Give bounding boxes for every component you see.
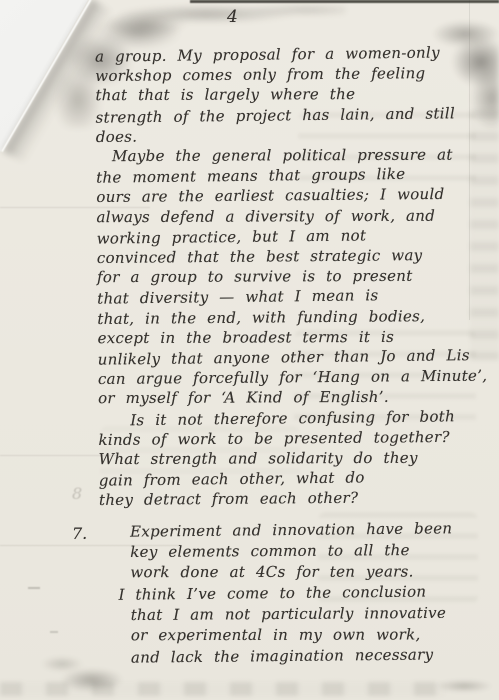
photocopy-smudge-bottom-right <box>424 676 499 696</box>
handwritten-line: and lack the imagination necessary <box>131 644 491 669</box>
folded-corner-background <box>0 0 100 160</box>
handwritten-line: Experiment and innovation have been <box>130 518 490 543</box>
handwritten-line: or myself for ‘A Kind of English’. <box>98 387 490 409</box>
handwritten-line: or experimental in my own work, <box>131 624 491 646</box>
handwritten-line: that I am not particularly innovative <box>131 602 491 626</box>
photocopy-smudge-bottom-band <box>0 682 445 696</box>
handwritten-line: that, in the end, with funding bodies, <box>97 305 489 329</box>
handwritten-line: ours are the earliest casualties; I woul… <box>96 184 488 208</box>
handwritten-line: Is it not therefore confusing for both <box>98 406 490 431</box>
handwritten-line: they detract from each other? <box>99 487 491 511</box>
stray-mark <box>28 587 40 589</box>
page-number: 4 <box>227 6 238 28</box>
handwritten-line: I think I’ve come to the conclusion <box>130 581 490 606</box>
handwritten-line: strength of the project has lain, and st… <box>96 103 488 128</box>
section-number: 7. <box>72 524 87 544</box>
photocopy-smudge-top-band <box>86 2 346 42</box>
handwritten-line: key elements common to all the <box>130 539 490 563</box>
handwritten-line: work done at 4Cs for ten years. <box>130 561 490 583</box>
scanner-edge-line-top <box>190 0 499 3</box>
scanned-handwritten-page: 8 4 a group. My proposal for a women-onl… <box>0 0 499 700</box>
stray-mark <box>50 631 58 633</box>
bleedthrough-section-number: 8 <box>72 486 82 502</box>
handwritten-line: that that is largely where the <box>95 84 487 106</box>
handwritten-text-body: a group. My proposal for a women-only wo… <box>95 43 491 511</box>
handwritten-section-7: Experiment and innovation have been key … <box>130 518 491 668</box>
